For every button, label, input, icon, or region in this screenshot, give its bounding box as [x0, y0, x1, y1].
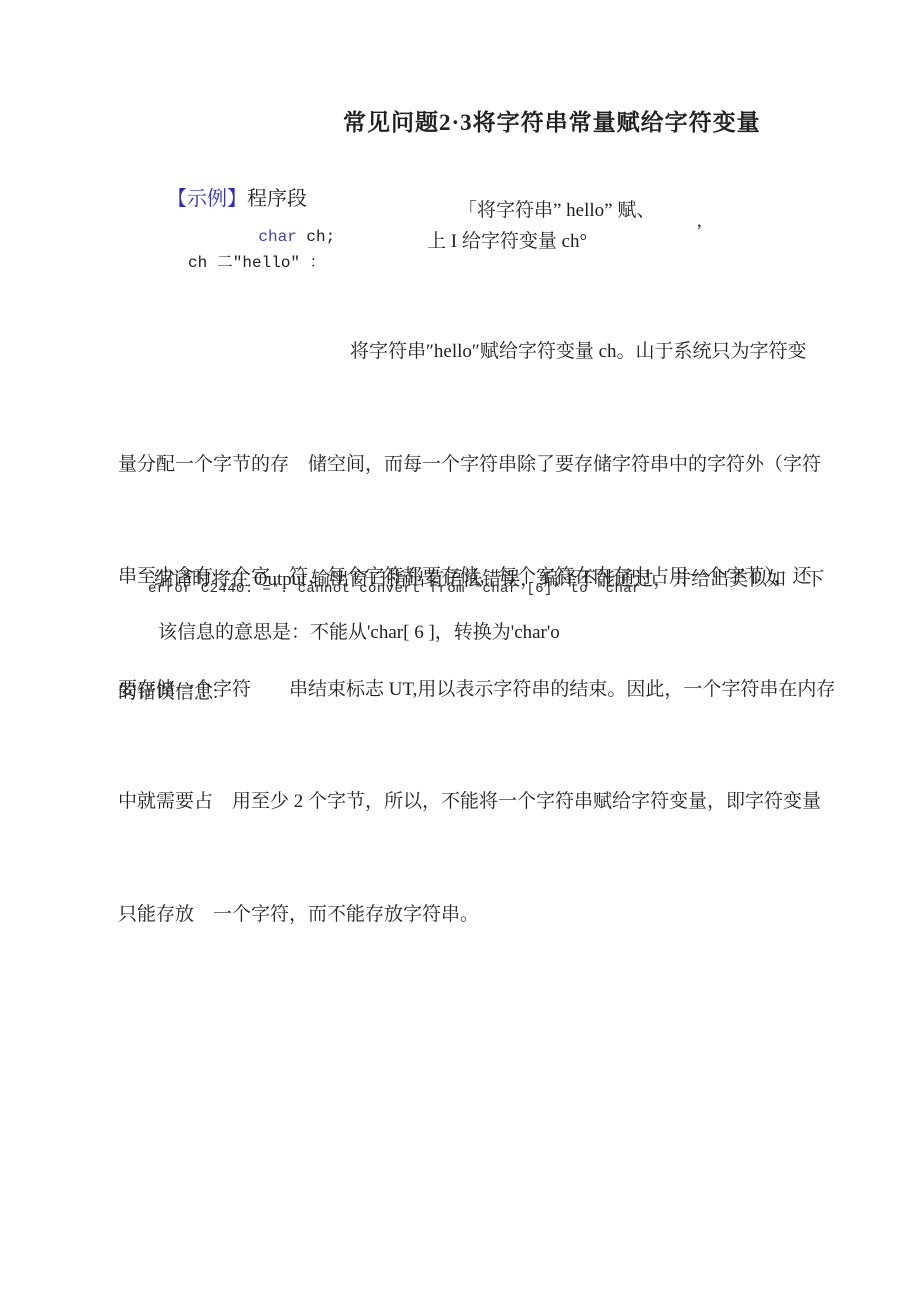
compiler-error-message: error C2440: =*: cannot convert from *ch…: [148, 581, 650, 597]
annotation-line-1: 「将字符串” hello” 赋、: [458, 195, 655, 222]
paragraph-line: 只能存放 一个字符，而不能存放字符串。: [118, 896, 813, 934]
code-declaration-rest: ch;: [297, 228, 335, 246]
example-suffix: 程序段: [247, 188, 307, 210]
paragraph-line: 量分配一个字节的存 储空间，而每一个字符串除了要存储字符串中的字符外（字符: [118, 446, 813, 484]
paragraph-line: 将字符串″hello″赋给字符变量 ch。山于系统只为字符变: [118, 333, 813, 371]
example-label: 【示例】: [167, 188, 247, 210]
error-meaning-line: 该信息的意思是：不能从'char[ 6 ]，转换为'char'o: [158, 617, 560, 644]
annotation-line-2: 上 I 给字符变量 ch°: [427, 226, 587, 253]
paragraph-line: 的错误信息:: [118, 674, 813, 712]
code-keyword-char: char: [258, 228, 296, 246]
paragraph-line: 中就需要占 用至少 2 个字节，所以，不能将一个字符串赋给字符变量，即字符变量: [118, 783, 813, 821]
annotation-tail-mark: ’: [696, 221, 702, 243]
page-title: 常见问题2·3将字符串常量赋给字符变量: [343, 104, 761, 137]
document-page: 常见问题2·3将字符串常量赋给字符变量 【示例】程序段 char ch; 「将字…: [0, 0, 920, 1301]
